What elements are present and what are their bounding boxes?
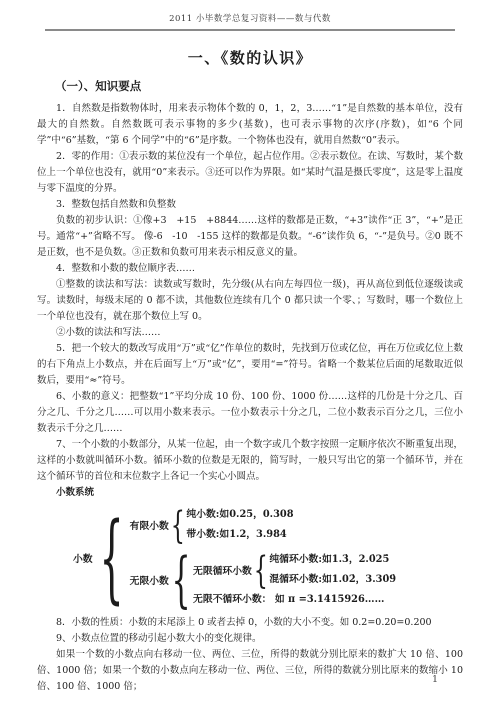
nonrecurring-decimal-example: 无限不循环小数： 如 π =3.1415926…… bbox=[193, 591, 396, 609]
body-text: 1．自然数是指数物体时，用来表示物体个数的 0，1，2，3……“1”是自然数的基… bbox=[37, 101, 463, 501]
document-title: 一、《数的认识》 bbox=[37, 47, 463, 68]
finite-decimal-label: 有限小数 bbox=[130, 518, 169, 532]
paragraph-7: ②小数的读法和写法…… bbox=[37, 325, 463, 341]
curly-brace-icon: { bbox=[171, 550, 190, 610]
paragraph-1: 1．自然数是指数物体时，用来表示物体个数的 0，1，2，3……“1”是自然数的基… bbox=[37, 101, 463, 149]
document-page: 2011 小毕数学总复习资料——数与代数 一、《数的认识》 （一）、知识要点 1… bbox=[0, 0, 500, 707]
infinite-decimal-group: 无限小数 { 无限循环小数 { 纯循环小数:如1.3̇，2.0̇25̇ 混循环小… bbox=[130, 550, 396, 610]
paragraph-2: 2．零的作用：①表示数的某位没有一个单位，起占位作用。②表示数位。在读、写数时，… bbox=[37, 149, 463, 197]
body-text-after-diagram: 8．小数的性质：小数的末尾添上 0 或者去掉 0，小数的大小不变。如 0.2=0… bbox=[37, 615, 463, 695]
paragraph-8: 5．把一个较大的数改写成用“万”或“亿”作单位的数时，先找到万位或亿位，再在万位… bbox=[37, 341, 463, 389]
diagram-heading: 小数系统 bbox=[37, 485, 463, 501]
recurring-decimal-group: 无限循环小数 { 纯循环小数:如1.3̇，2.0̇25̇ 混循环小数:如1.02… bbox=[193, 551, 396, 589]
curly-brace-icon: { bbox=[254, 552, 268, 589]
page-header: 2011 小毕数学总复习资料——数与代数 bbox=[45, 12, 455, 31]
paragraph-3: 3．整数包括自然数和负整数 bbox=[37, 197, 463, 213]
pure-decimal-example: 纯小数:如0.25，0.308 bbox=[186, 506, 293, 524]
diagram-root-label: 小数 bbox=[73, 551, 93, 565]
curly-brace-icon: { bbox=[171, 507, 185, 544]
pure-recurring-example: 纯循环小数:如1.3̇，2.0̇25̇ bbox=[269, 551, 396, 569]
page-number: 1 bbox=[432, 674, 438, 685]
section-heading: （一）、知识要点 bbox=[55, 78, 463, 94]
finite-decimal-group: 有限小数 { 纯小数:如0.25，0.308 带小数:如1.2，3.984 bbox=[130, 506, 396, 544]
paragraph-9: 6、小数的意义：把整数“1”平均分成 10 份、100 份、1000 份……这样… bbox=[37, 389, 463, 437]
paragraph-12: 9、小数点位置的移动引起小数大小的变化规律。 bbox=[37, 631, 463, 647]
paragraph-4: 负数的初步认识：①像+3 +15 +8844……这样的数都是正数，“+3”读作“… bbox=[37, 213, 463, 261]
paragraph-10: 7、一个小数的小数部分，从某一位起，由一个数字或几个数字按照一定顺序依次不断重复… bbox=[37, 437, 463, 485]
recurring-decimal-label: 无限循环小数 bbox=[193, 563, 252, 577]
paragraph-11: 8．小数的性质：小数的末尾添上 0 或者去掉 0，小数的大小不变。如 0.2=0… bbox=[37, 615, 463, 631]
curly-brace-icon: { bbox=[99, 510, 123, 606]
infinite-decimal-label: 无限小数 bbox=[130, 573, 169, 587]
mixed-recurring-example: 混循环小数:如1.02̇，3.30̇9̇ bbox=[269, 571, 396, 589]
paragraph-5: 4．整数和小数的数位顺序表…… bbox=[37, 261, 463, 277]
paragraph-6: ①整数的读法和写法：读数或写数时，先分级(从右向左每四位一级)，再从高位到低位逐… bbox=[37, 277, 463, 325]
decimal-classification-diagram: 小数 { 有限小数 { 纯小数:如0.25，0.308 带小数:如1.2，3.9… bbox=[73, 506, 463, 610]
mixed-decimal-example: 带小数:如1.2，3.984 bbox=[186, 526, 293, 544]
paragraph-13: 如果一个数的小数点向右移动一位、两位、三位，所得的数就分别比原来的数扩大 10 … bbox=[37, 647, 463, 695]
